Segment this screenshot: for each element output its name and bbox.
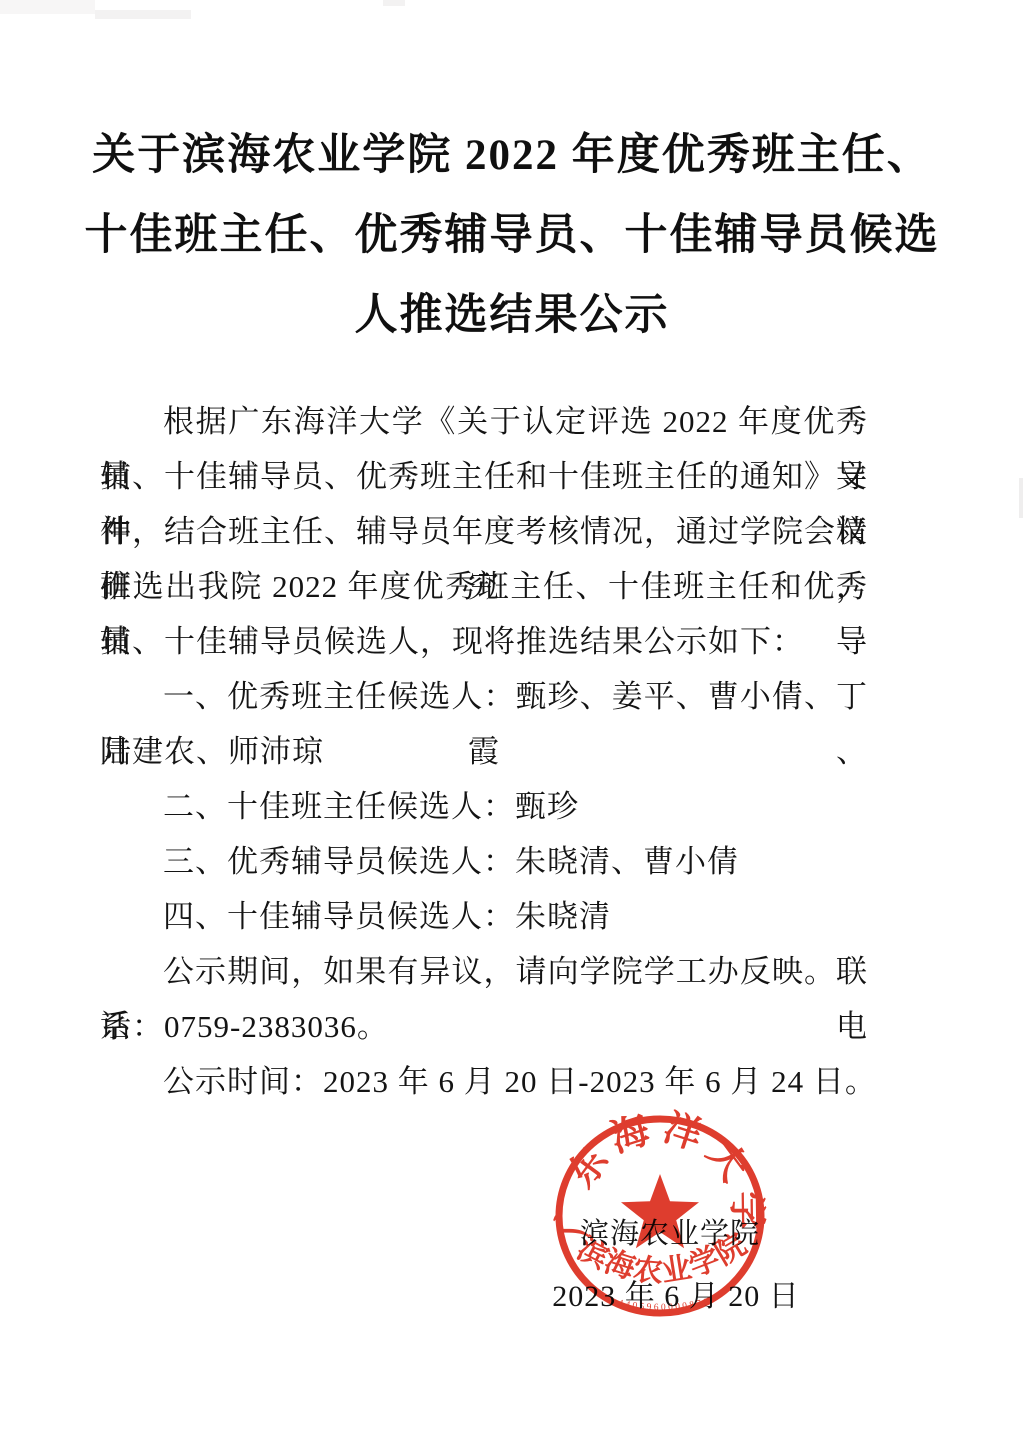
scan-edge-artifact xyxy=(0,0,95,14)
list-item-excellent-class-teacher: 一、优秀班主任候选人：甄珍、姜平、曹小倩、丁月霞、 xyxy=(100,669,868,724)
body-line: 根据广东海洋大学《关于认定评选 2022 年度优秀辅导 xyxy=(100,394,868,449)
scan-edge-artifact xyxy=(1019,478,1023,518)
scan-edge-artifact xyxy=(95,10,191,19)
title-line: 十佳班主任、优秀辅导员、十佳辅导员候选 xyxy=(70,196,954,276)
body-line: 推选出我院 2022 年度优秀班主任、十佳班主任和优秀辅导 xyxy=(100,559,868,614)
body-line: 神，结合班主任、辅导员年度考核情况，通过学院会议研究， xyxy=(100,504,868,559)
document-page: 关于滨海农业学院 2022 年度优秀班主任、 十佳班主任、优秀辅导员、十佳辅导员… xyxy=(0,0,1024,1448)
notice-period-line: 公示时间：2023 年 6 月 20 日-2023 年 6 月 24 日。 xyxy=(100,1054,868,1109)
list-item-top10-counselor: 四、十佳辅导员候选人：朱晓清 xyxy=(100,889,868,944)
body-line: 员、十佳辅导员候选人，现将推选结果公示如下： xyxy=(100,614,868,669)
body-line: 员、十佳辅导员、优秀班主任和十佳班主任的通知》文件精 xyxy=(100,449,868,504)
list-item-top10-class-teacher: 二、十佳班主任候选人：甄珍 xyxy=(100,779,868,834)
title-line: 关于滨海农业学院 2022 年度优秀班主任、 xyxy=(70,116,954,196)
title-line: 人推选结果公示 xyxy=(70,276,954,356)
list-item-excellent-counselor: 三、优秀辅导员候选人：朱晓清、曹小倩 xyxy=(100,834,868,889)
scan-edge-artifact xyxy=(383,0,405,6)
signature-date: 2023 年 6 月 20 日 xyxy=(531,1271,821,1315)
document-body: 根据广东海洋大学《关于认定评选 2022 年度优秀辅导 员、十佳辅导员、优秀班主… xyxy=(100,394,868,1109)
contact-line: 公示期间，如果有异议，请向学院学工办反映。联系电 xyxy=(100,944,868,999)
document-title: 关于滨海农业学院 2022 年度优秀班主任、 十佳班主任、优秀辅导员、十佳辅导员… xyxy=(70,116,954,356)
signature-college-name: 滨海农业学院 xyxy=(540,1211,800,1252)
